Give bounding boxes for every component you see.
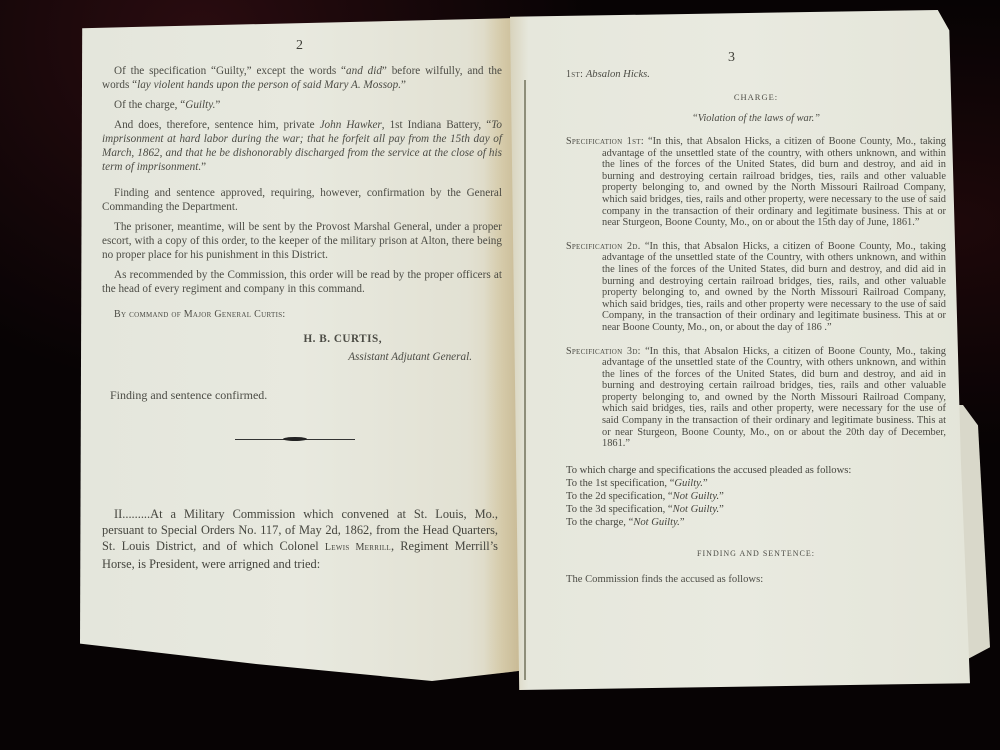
page-number-left: 2 (296, 38, 303, 54)
paragraph-approval: Finding and sentence approved, requiring… (102, 186, 502, 214)
charge-text: “Violation of the laws of war.” (566, 112, 946, 126)
specifications-list: Specification 1st: “In this, that Absalo… (566, 136, 946, 450)
page-number-right: 3 (728, 50, 735, 66)
confirmation-note: Finding and sentence confirmed. (102, 388, 502, 402)
left-page-body: Of the specification “Guilty,” except th… (102, 64, 502, 408)
specification-1: Specification 1st: “In this, that Absalo… (566, 136, 946, 229)
paragraph-specification-finding: Of the specification “Guilty,” except th… (102, 64, 502, 92)
finding-intro: The Commission finds the accused as foll… (566, 573, 946, 587)
plea-item: To the 2d specification, “Not Guilty.” (566, 490, 946, 503)
paragraph-sentence: And does, therefore, sentence him, priva… (102, 118, 502, 174)
section-ii-paragraph: II.........At a Military Commission whic… (102, 506, 498, 578)
plea-item: To the charge, “Not Guilty.” (566, 516, 946, 529)
paragraph-order-reading: As recommended by the Commission, this o… (102, 268, 502, 296)
paragraph-charge-finding: Of the charge, “Guilty.” (102, 98, 502, 112)
finding-heading: FINDING AND SENTENCE: (566, 547, 946, 561)
paragraph-prisoner-transfer: The prisoner, meantime, will be sent by … (102, 220, 502, 262)
specification-3: Specification 3d: “In this, that Absalon… (566, 346, 946, 450)
plea-intro: To which charge and specifications the a… (566, 464, 946, 477)
right-page-body: 1st: Absalon Hicks. CHARGE: “Violation o… (566, 68, 946, 587)
left-page: 2 Of the specification “Guilty,” except … (80, 18, 520, 698)
plea-item: To the 1st specification, “Guilty.” (566, 477, 946, 490)
specification-2: Specification 2d. “In this, that Absalon… (566, 241, 946, 334)
signature-title: Assistant Adjutant General. (102, 350, 502, 364)
accused-line: 1st: Absalon Hicks. (566, 68, 946, 82)
decorative-divider (235, 436, 355, 442)
charge-heading: CHARGE: (566, 90, 946, 104)
command-line: By command of Major General Curtis: (102, 308, 502, 322)
pleas-section: To which charge and specifications the a… (566, 464, 946, 529)
signature-name: H. B. CURTIS, (102, 332, 502, 346)
page-fold-line (524, 80, 526, 680)
right-page: 3 1st: Absalon Hicks. CHARGE: “Violation… (510, 10, 970, 690)
plea-item: To the 3d specification, “Not Guilty.” (566, 503, 946, 516)
